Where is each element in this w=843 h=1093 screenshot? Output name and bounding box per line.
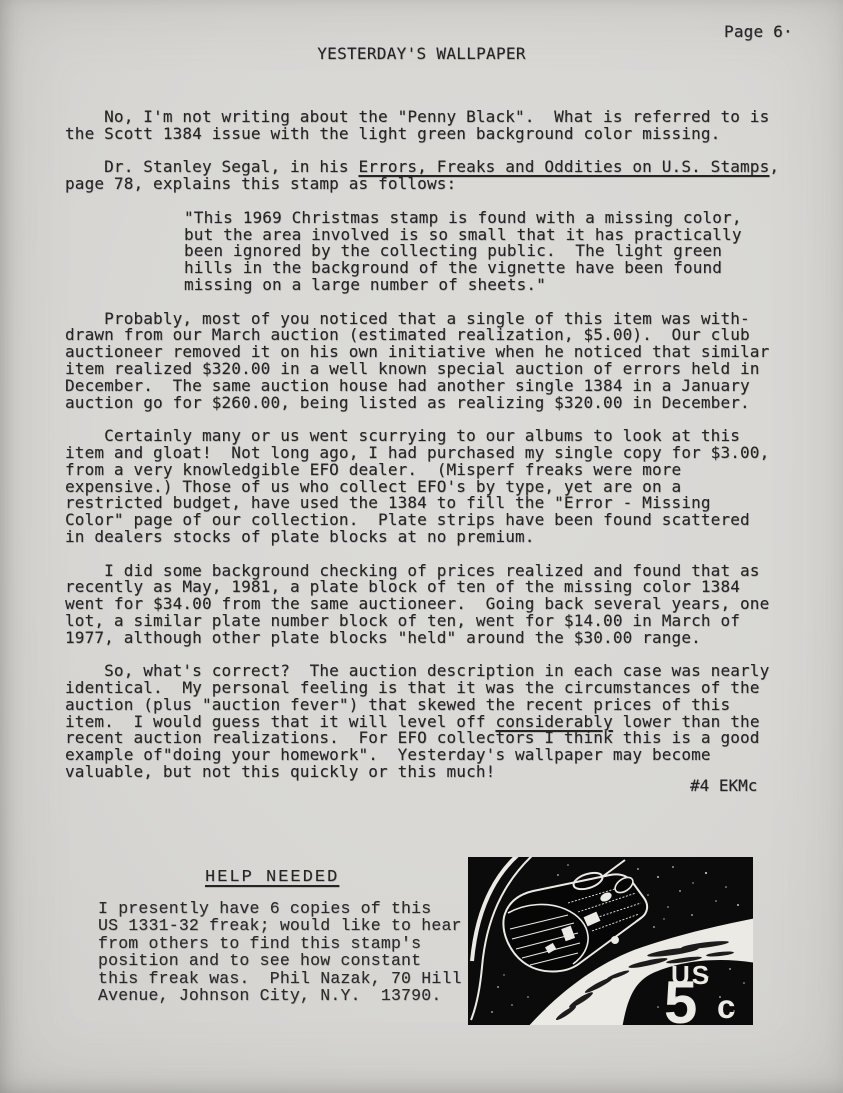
stamp-denomination-unit: c — [717, 988, 735, 1025]
author-signature: #4 EKMc — [690, 776, 757, 795]
page-title: YESTERDAY'S WALLPAPER — [0, 44, 843, 63]
paragraph: Dr. Stanley Segal, in his Errors, Freaks… — [65, 159, 779, 193]
gemini-capsule-stamp-icon: US 5 c — [468, 857, 753, 1025]
blockquote-paragraph: "This 1969 Christmas stamp is found with… — [184, 210, 779, 294]
stamp-image: US 5 c — [468, 857, 753, 1025]
paragraph: No, I'm not writing about the "Penny Bla… — [65, 109, 779, 143]
paragraph: So, what's correct? The auction descript… — [65, 663, 779, 781]
paragraph: Probably, most of you noticed that a sin… — [65, 311, 779, 412]
help-needed-heading: HELP NEEDED — [205, 868, 339, 887]
document-page: Page 6· YESTERDAY'S WALLPAPER No, I'm no… — [0, 0, 843, 1093]
article-body: No, I'm not writing about the "Penny Bla… — [65, 109, 779, 781]
paragraph: I did some background checking of prices… — [65, 563, 779, 647]
paragraph: Certainly many or us went scurrying to o… — [65, 428, 779, 546]
help-needed-text: I presently have 6 copies of this US 133… — [98, 900, 470, 1004]
stamp-denomination-number: 5 — [664, 969, 697, 1025]
page-number: Page 6· — [724, 22, 793, 41]
